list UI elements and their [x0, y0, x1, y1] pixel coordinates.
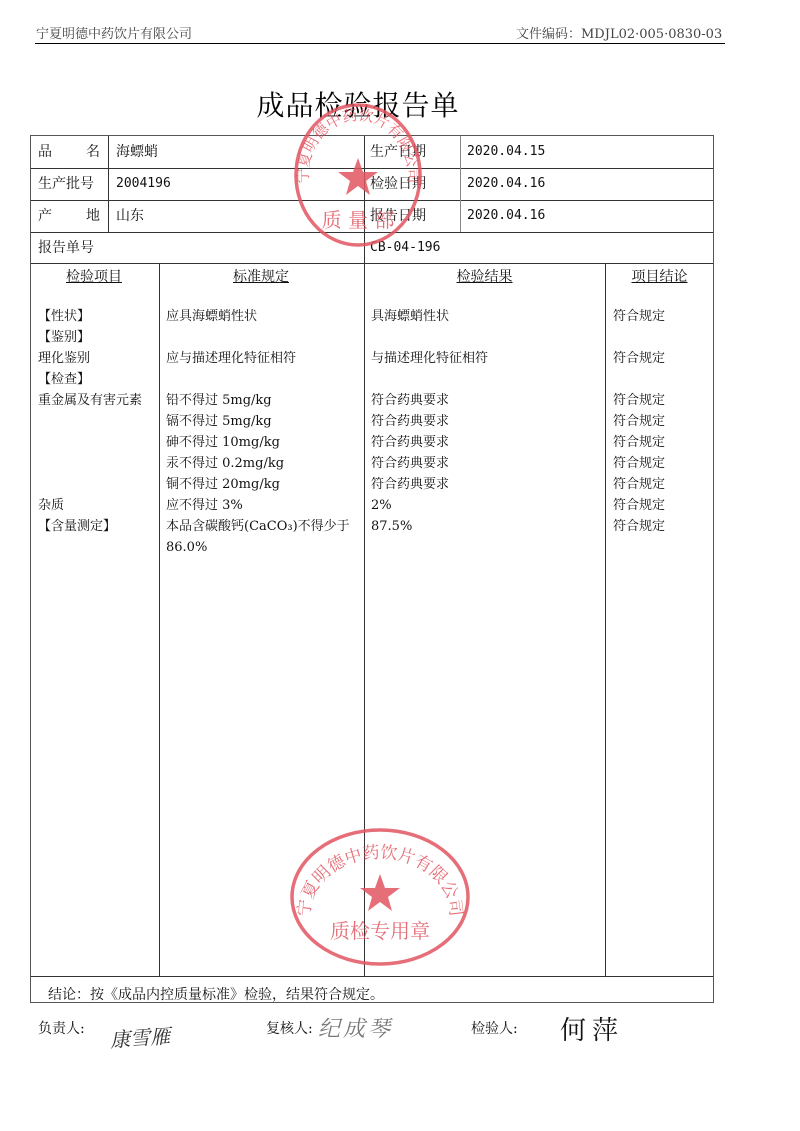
row-result: 符合药典要求	[371, 390, 449, 411]
col-divider	[460, 136, 461, 232]
value-inspection-date: 2020.04.16	[467, 175, 545, 193]
row-item: 【检查】	[38, 369, 90, 390]
column-header-standard: 标准规定	[158, 266, 364, 286]
col-divider	[605, 263, 606, 976]
row-result: 87.5%	[371, 516, 412, 537]
col-divider	[364, 263, 365, 976]
conclusion-text: 结论：按《成品内控质量标准》检验，结果符合规定。	[48, 984, 384, 1004]
value-origin: 山东	[116, 207, 144, 225]
header-rule	[35, 43, 725, 44]
row-standard: 应具海螵蛸性状	[166, 306, 257, 327]
row-result: 符合药典要求	[371, 474, 449, 495]
row-standard: 汞不得过 0.2mg/kg	[166, 453, 284, 474]
label-report-date: 报告日期	[370, 207, 426, 225]
row-standard: 应与描述理化特征相符	[166, 348, 296, 369]
row-conclusion: 符合规定	[613, 348, 665, 369]
column-header-item: 检验项目	[30, 266, 158, 286]
company-header: 宁夏明德中药饮片有限公司	[36, 26, 192, 43]
row-conclusion: 符合规定	[613, 390, 665, 411]
row-conclusion: 符合规定	[613, 453, 665, 474]
row-result: 2%	[371, 495, 392, 516]
page-title: 成品检验报告单	[0, 84, 716, 124]
row-item: 重金属及有害元素	[38, 390, 142, 411]
value-batch: 2004196	[116, 175, 171, 193]
row-conclusion: 符合规定	[613, 474, 665, 495]
label-batch: 生产批号	[38, 175, 94, 193]
value-report-date: 2020.04.16	[467, 207, 545, 225]
row-conclusion: 符合规定	[613, 516, 665, 537]
row-item: 【含量测定】	[38, 516, 116, 537]
label-inspection-date: 检验日期	[370, 175, 426, 193]
value-production-date: 2020.04.15	[467, 143, 545, 161]
reviewer-signature: 纪成琴	[318, 1012, 393, 1043]
row-divider	[31, 168, 713, 169]
label-report-no: 报告单号	[38, 239, 94, 257]
label-product-name: 品名	[38, 143, 100, 161]
row-item: 理化鉴别	[38, 348, 90, 369]
row-standard: 铅不得过 5mg/kg	[166, 390, 272, 411]
document-code: 文件编码：MDJL02·005·0830-03	[516, 26, 722, 43]
row-conclusion: 符合规定	[613, 495, 665, 516]
inspector-label: 检验人:	[471, 1018, 518, 1038]
row-standard: 应不得过 3%	[166, 495, 243, 516]
row-item: 杂质	[38, 495, 64, 516]
row-divider	[31, 976, 713, 977]
row-result: 与描述理化特征相符	[371, 348, 488, 369]
column-header-result: 检验结果	[364, 266, 605, 286]
value-product-name: 海螵蛸	[116, 143, 158, 161]
inspector-signature: 何萍	[560, 1010, 624, 1047]
row-standard: 本品含碳酸钙(CaCO₃)不得少于	[166, 516, 350, 537]
value-report-no: CB-04-196	[370, 239, 440, 257]
row-divider	[31, 232, 713, 233]
row-item: 【性状】	[38, 306, 90, 327]
row-result: 符合药典要求	[371, 411, 449, 432]
row-standard: 砷不得过 10mg/kg	[166, 432, 280, 453]
row-standard: 镉不得过 5mg/kg	[166, 411, 272, 432]
col-divider	[364, 136, 365, 263]
reviewer-label: 复核人:	[266, 1018, 313, 1038]
row-conclusion: 符合规定	[613, 306, 665, 327]
label-production-date: 生产日期	[370, 143, 426, 161]
row-divider	[31, 263, 713, 264]
responsible-label: 负责人:	[38, 1018, 85, 1038]
col-divider	[108, 136, 109, 232]
responsible-signature: 康雪雁	[109, 1020, 171, 1053]
column-header-conclusion: 项目结论	[605, 266, 714, 286]
label-origin: 产地	[38, 207, 100, 225]
row-result: 符合药典要求	[371, 432, 449, 453]
row-conclusion: 符合规定	[613, 432, 665, 453]
row-conclusion: 符合规定	[613, 411, 665, 432]
col-divider	[159, 263, 160, 976]
row-standard: 86.0%	[166, 537, 207, 558]
row-result: 具海螵蛸性状	[371, 306, 449, 327]
row-result: 符合药典要求	[371, 453, 449, 474]
row-item: 【鉴别】	[38, 327, 90, 348]
row-standard: 铜不得过 20mg/kg	[166, 474, 280, 495]
row-divider	[31, 200, 713, 201]
